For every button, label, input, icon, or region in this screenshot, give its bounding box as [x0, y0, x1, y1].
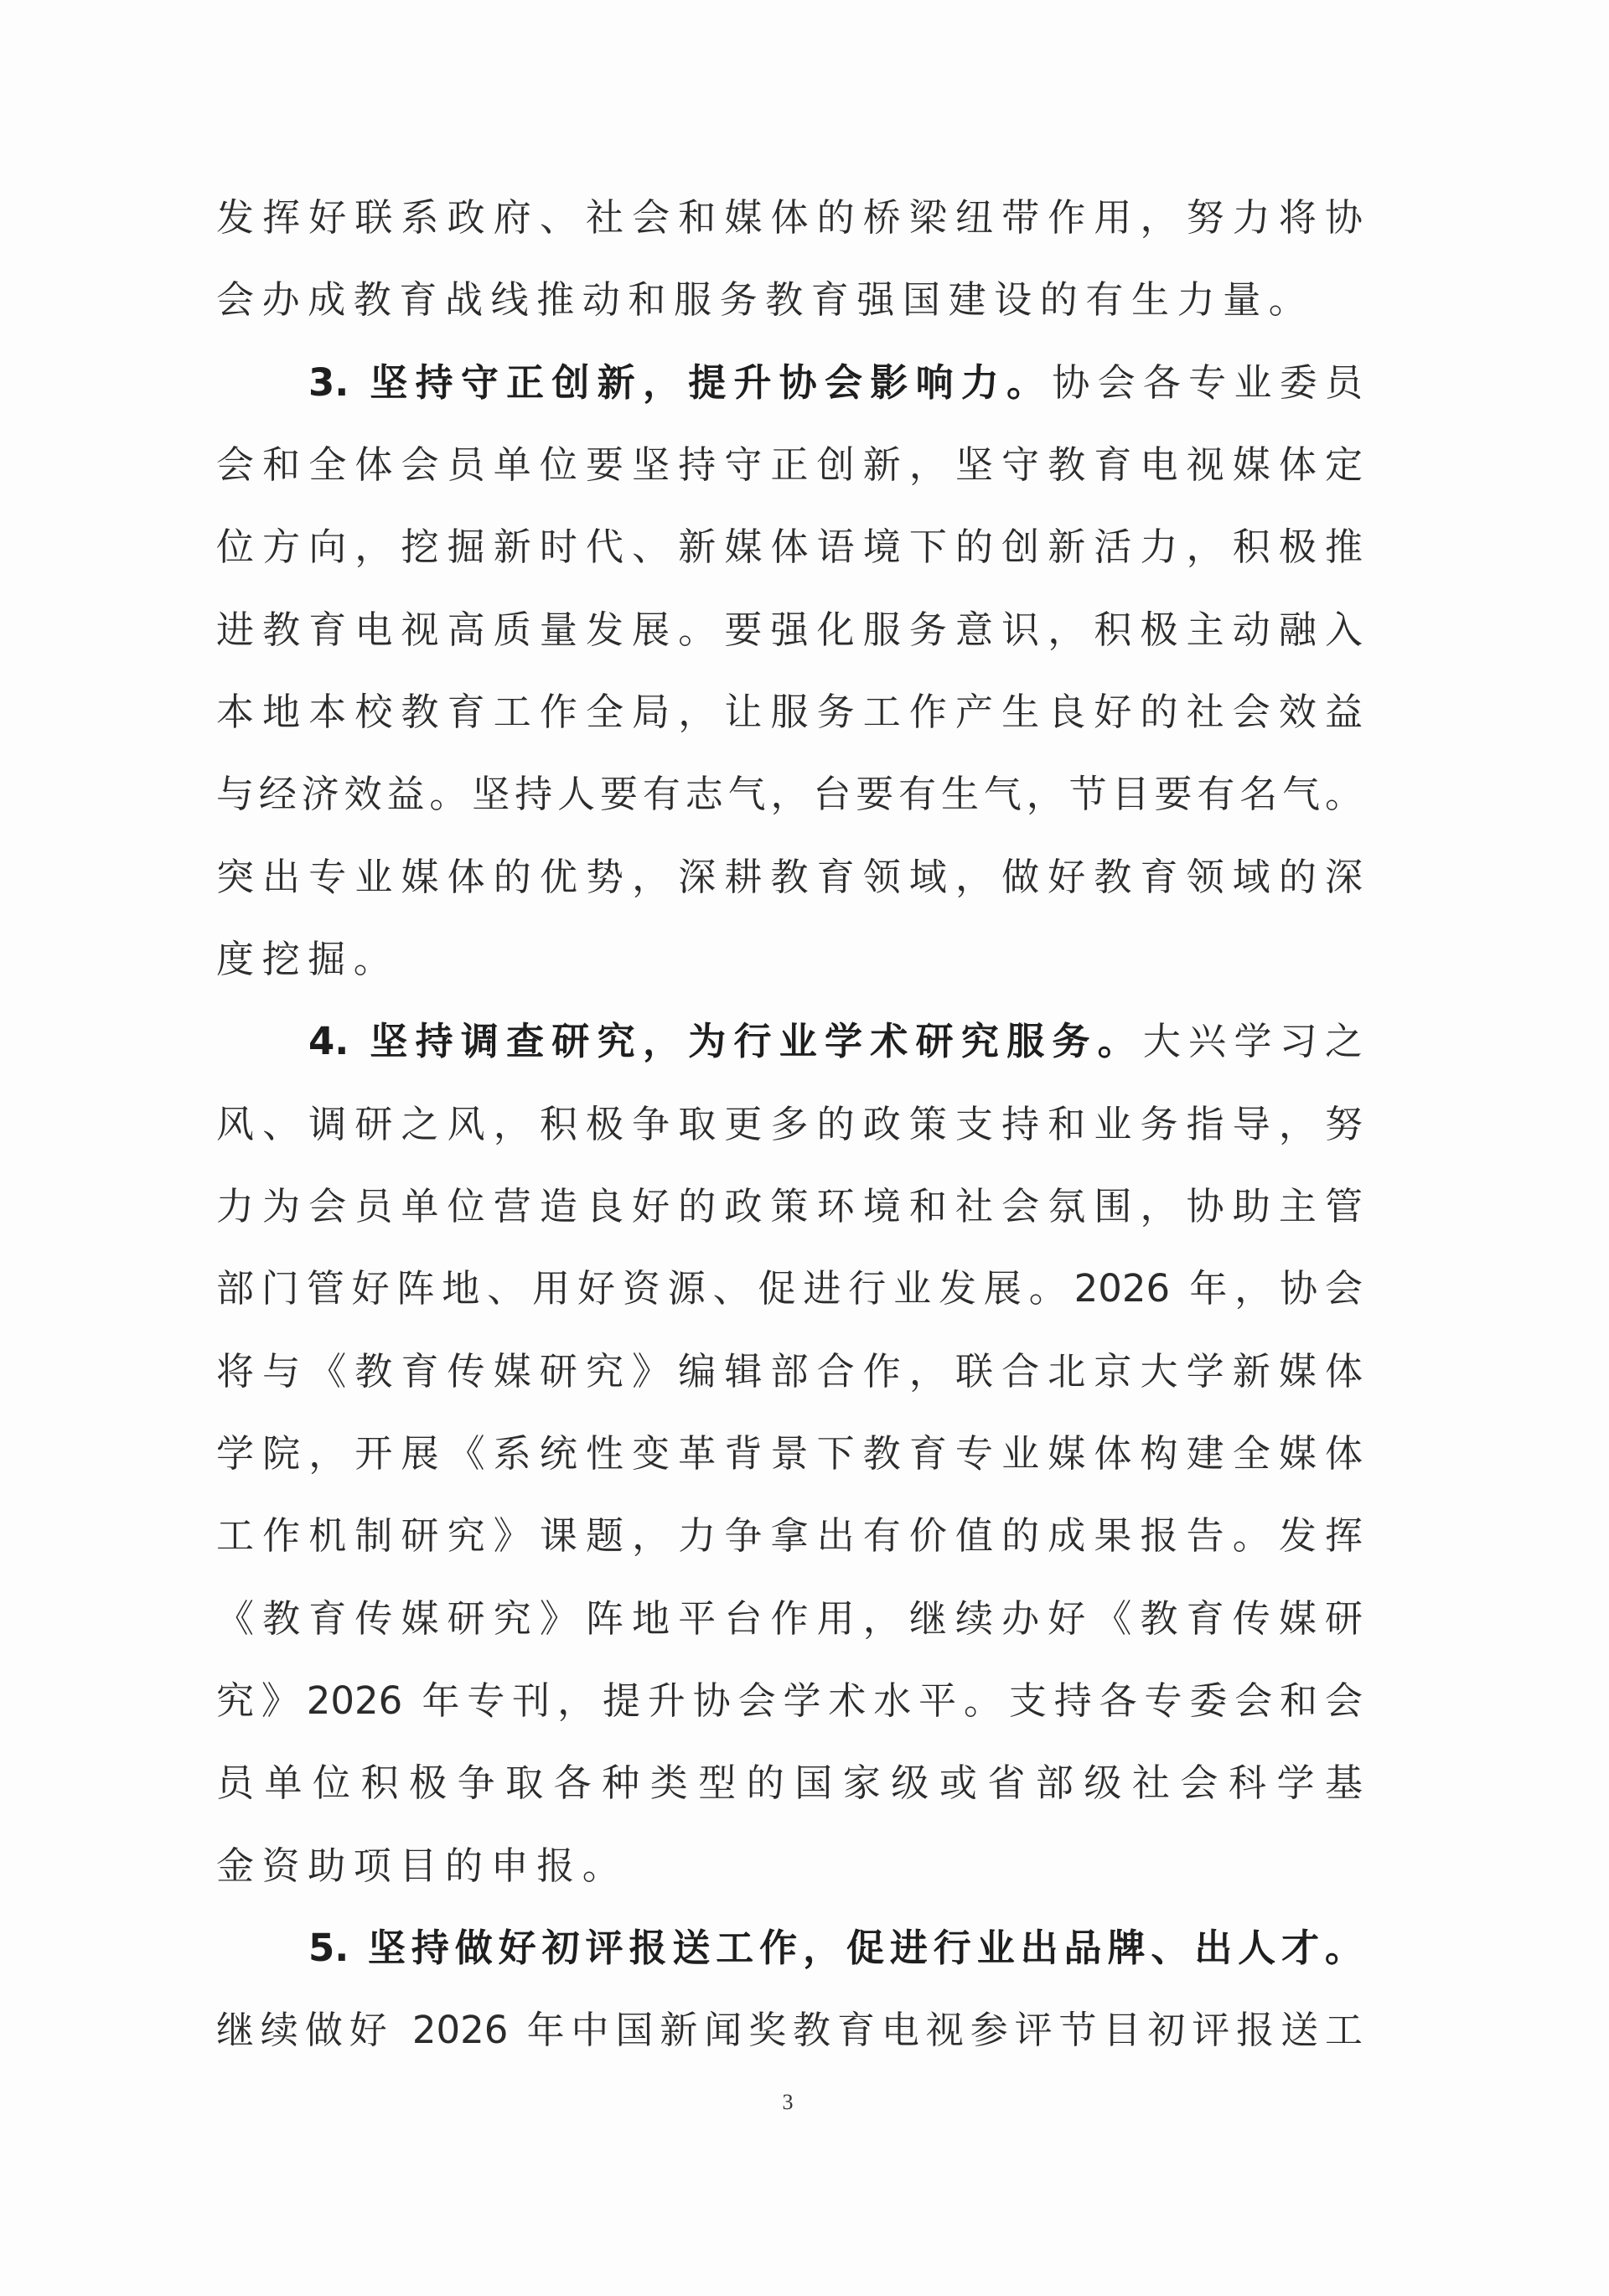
- paragraph-line: 部门管好阵地、用好资源、促进行业发展。2026 年，协会: [216, 1264, 1363, 1314]
- paragraph-line: 继续做好 2026 年中国新闻奖教育电视参评节目初评报送工: [216, 2005, 1363, 2056]
- paragraph-line: 风、调研之风，积极争取更多的政策支持和业务指导，努: [216, 1099, 1363, 1150]
- section-heading-4: 4. 坚持调查研究，为行业学术研究服务。: [308, 1019, 1143, 1063]
- paragraph-line: 学院，开展《系统性变革背景下教育专业媒体构建全媒体: [216, 1429, 1363, 1479]
- document-page: 发挥好联系政府、社会和媒体的桥梁纽带作用，努力将协 会办成教育战线推动和服务教育…: [0, 0, 1609, 2296]
- paragraph-line: 度挖掘。: [216, 934, 1363, 985]
- paragraph-text: 协会各专业委员: [1052, 360, 1363, 405]
- section-heading-3: 3. 坚持守正创新，提升协会影响力。: [308, 360, 1052, 405]
- paragraph-line: 会和全体会员单位要坚持守正创新，坚守教育电视媒体定: [216, 440, 1363, 490]
- paragraph-line: 究》2026 年专刊，提升协会学术水平。支持各专委会和会: [216, 1676, 1363, 1726]
- paragraph-line: 会办成教育战线推动和服务教育强国建设的有生力量。: [216, 275, 1363, 325]
- paragraph-line: 工作机制研究》课题，力争拿出有价值的成果报告。发挥: [216, 1511, 1363, 1561]
- paragraph-line: 力为会员单位营造良好的政策环境和社会氛围，协助主管: [216, 1182, 1363, 1232]
- paragraph-line: 金资助项目的申报。: [216, 1841, 1363, 1891]
- section-heading-3-line: 3. 坚持守正创新，提升协会影响力。协会各专业委员: [308, 358, 1363, 408]
- page-number: 3: [779, 2090, 796, 2115]
- paragraph-line: 与经济效益。坚持人要有志气，台要有生气，节目要有名气。: [216, 769, 1363, 820]
- paragraph-line: 发挥好联系政府、社会和媒体的桥梁纽带作用，努力将协: [216, 193, 1363, 243]
- paragraph-line: 员单位积极争取各种类型的国家级或省部级社会科学基: [216, 1758, 1363, 1808]
- paragraph-text: 大兴学习之: [1143, 1019, 1363, 1063]
- paragraph-line: 本地本校教育工作全局，让服务工作产生良好的社会效益: [216, 687, 1363, 737]
- section-heading-5: 5. 坚持做好初评报送工作，促进行业出品牌、出人才。: [308, 1926, 1363, 1970]
- paragraph-line: 位方向，挖掘新时代、新媒体语境下的创新活力，积极推: [216, 522, 1363, 572]
- paragraph-line: 《教育传媒研究》阵地平台作用，继续办好《教育传媒研: [216, 1594, 1363, 1644]
- paragraph-line: 突出专业媒体的优势，深耕教育领域，做好教育领域的深: [216, 852, 1363, 902]
- paragraph-line: 进教育电视高质量发展。要强化服务意识，积极主动融入: [216, 605, 1363, 655]
- paragraph-line: 将与《教育传媒研究》编辑部合作，联合北京大学新媒体: [216, 1347, 1363, 1397]
- section-heading-5-line: 5. 坚持做好初评报送工作，促进行业出品牌、出人才。: [308, 1923, 1363, 1973]
- section-heading-4-line: 4. 坚持调查研究，为行业学术研究服务。大兴学习之: [308, 1016, 1363, 1067]
